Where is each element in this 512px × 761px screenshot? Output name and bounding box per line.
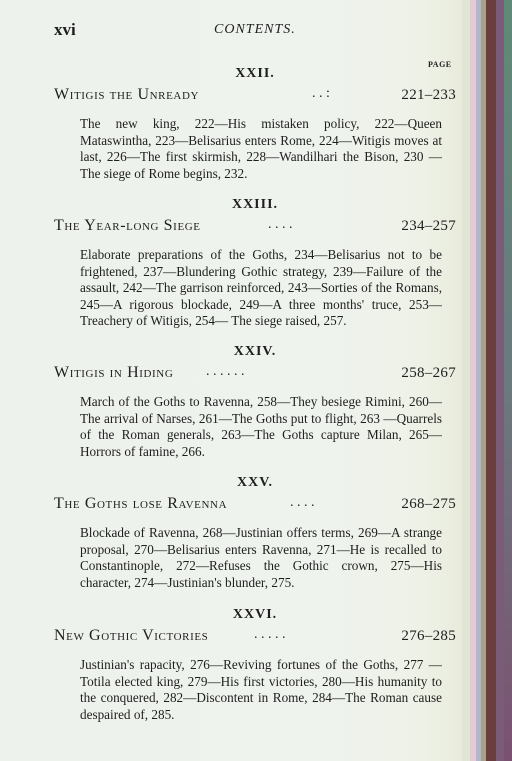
page-edge-band [496, 0, 504, 761]
chapter-title: The Year-long Siege [54, 217, 201, 235]
toc-chapter: XXII. Witigis the Unready . . : 221–233 … [54, 66, 456, 182]
toc-chapter: XXVI. New Gothic Victories . . . . . 276… [54, 607, 456, 723]
chapter-page-range: 268–275 [401, 496, 456, 513]
chapter-summary: Justinian's rapacity, 276—Reviving fortu… [80, 657, 442, 723]
toc-chapter: XXV. The Goths lose Ravenna . . . . 268–… [54, 475, 456, 591]
chapter-heading: The Year-long Siege . . . . 234–257 [54, 217, 456, 239]
page-edge-band [462, 0, 470, 761]
chapter-title: Witigis the Unready [54, 86, 199, 104]
page-edge-band [486, 0, 496, 761]
dot-leaders: . . . . [268, 217, 293, 233]
dot-leaders: . . : [312, 86, 330, 102]
toc-chapter: XXIV. Witigis in Hiding . . . . . . 258–… [54, 344, 456, 460]
chapter-summary: Elaborate preparations of the Goths, 234… [80, 247, 442, 330]
chapter-numeral: XXV. [54, 475, 456, 495]
chapter-numeral: XXII. [54, 66, 456, 86]
running-title: CONTENTS. [214, 22, 296, 38]
dot-leaders: . . . . . . [206, 364, 245, 380]
chapter-summary: March of the Goths to Ravenna, 258—They … [80, 394, 442, 460]
toc-chapter: XXIII. The Year-long Siege . . . . 234–2… [54, 197, 456, 330]
page-number: xvi [54, 20, 76, 40]
running-head: xvi CONTENTS. [54, 20, 454, 40]
dot-leaders: . . . . . [254, 627, 286, 643]
chapter-page-range: 276–285 [401, 628, 456, 645]
dot-leaders: . . . . [290, 495, 315, 511]
chapter-summary: Blockade of Ravenna, 268—Justinian offer… [80, 525, 442, 591]
chapter-heading: Witigis the Unready . . : 221–233 [54, 86, 456, 108]
chapter-summary: The new king, 222—His mistaken policy, 2… [80, 116, 442, 182]
page-edge-band [504, 0, 512, 761]
chapter-title: New Gothic Victories [54, 627, 208, 645]
chapter-numeral: XXIV. [54, 344, 456, 364]
chapter-heading: New Gothic Victories . . . . . 276–285 [54, 627, 456, 649]
chapter-heading: The Goths lose Ravenna . . . . 268–275 [54, 495, 456, 517]
chapter-heading: Witigis in Hiding . . . . . . 258–267 [54, 364, 456, 386]
chapter-title: The Goths lose Ravenna [54, 495, 227, 513]
chapter-numeral: XXVI. [54, 607, 456, 627]
chapter-title: Witigis in Hiding [54, 364, 173, 382]
chapter-numeral: XXIII. [54, 197, 456, 217]
chapter-page-range: 258–267 [401, 365, 456, 382]
chapter-page-range: 221–233 [401, 87, 456, 104]
chapter-page-range: 234–257 [401, 218, 456, 235]
